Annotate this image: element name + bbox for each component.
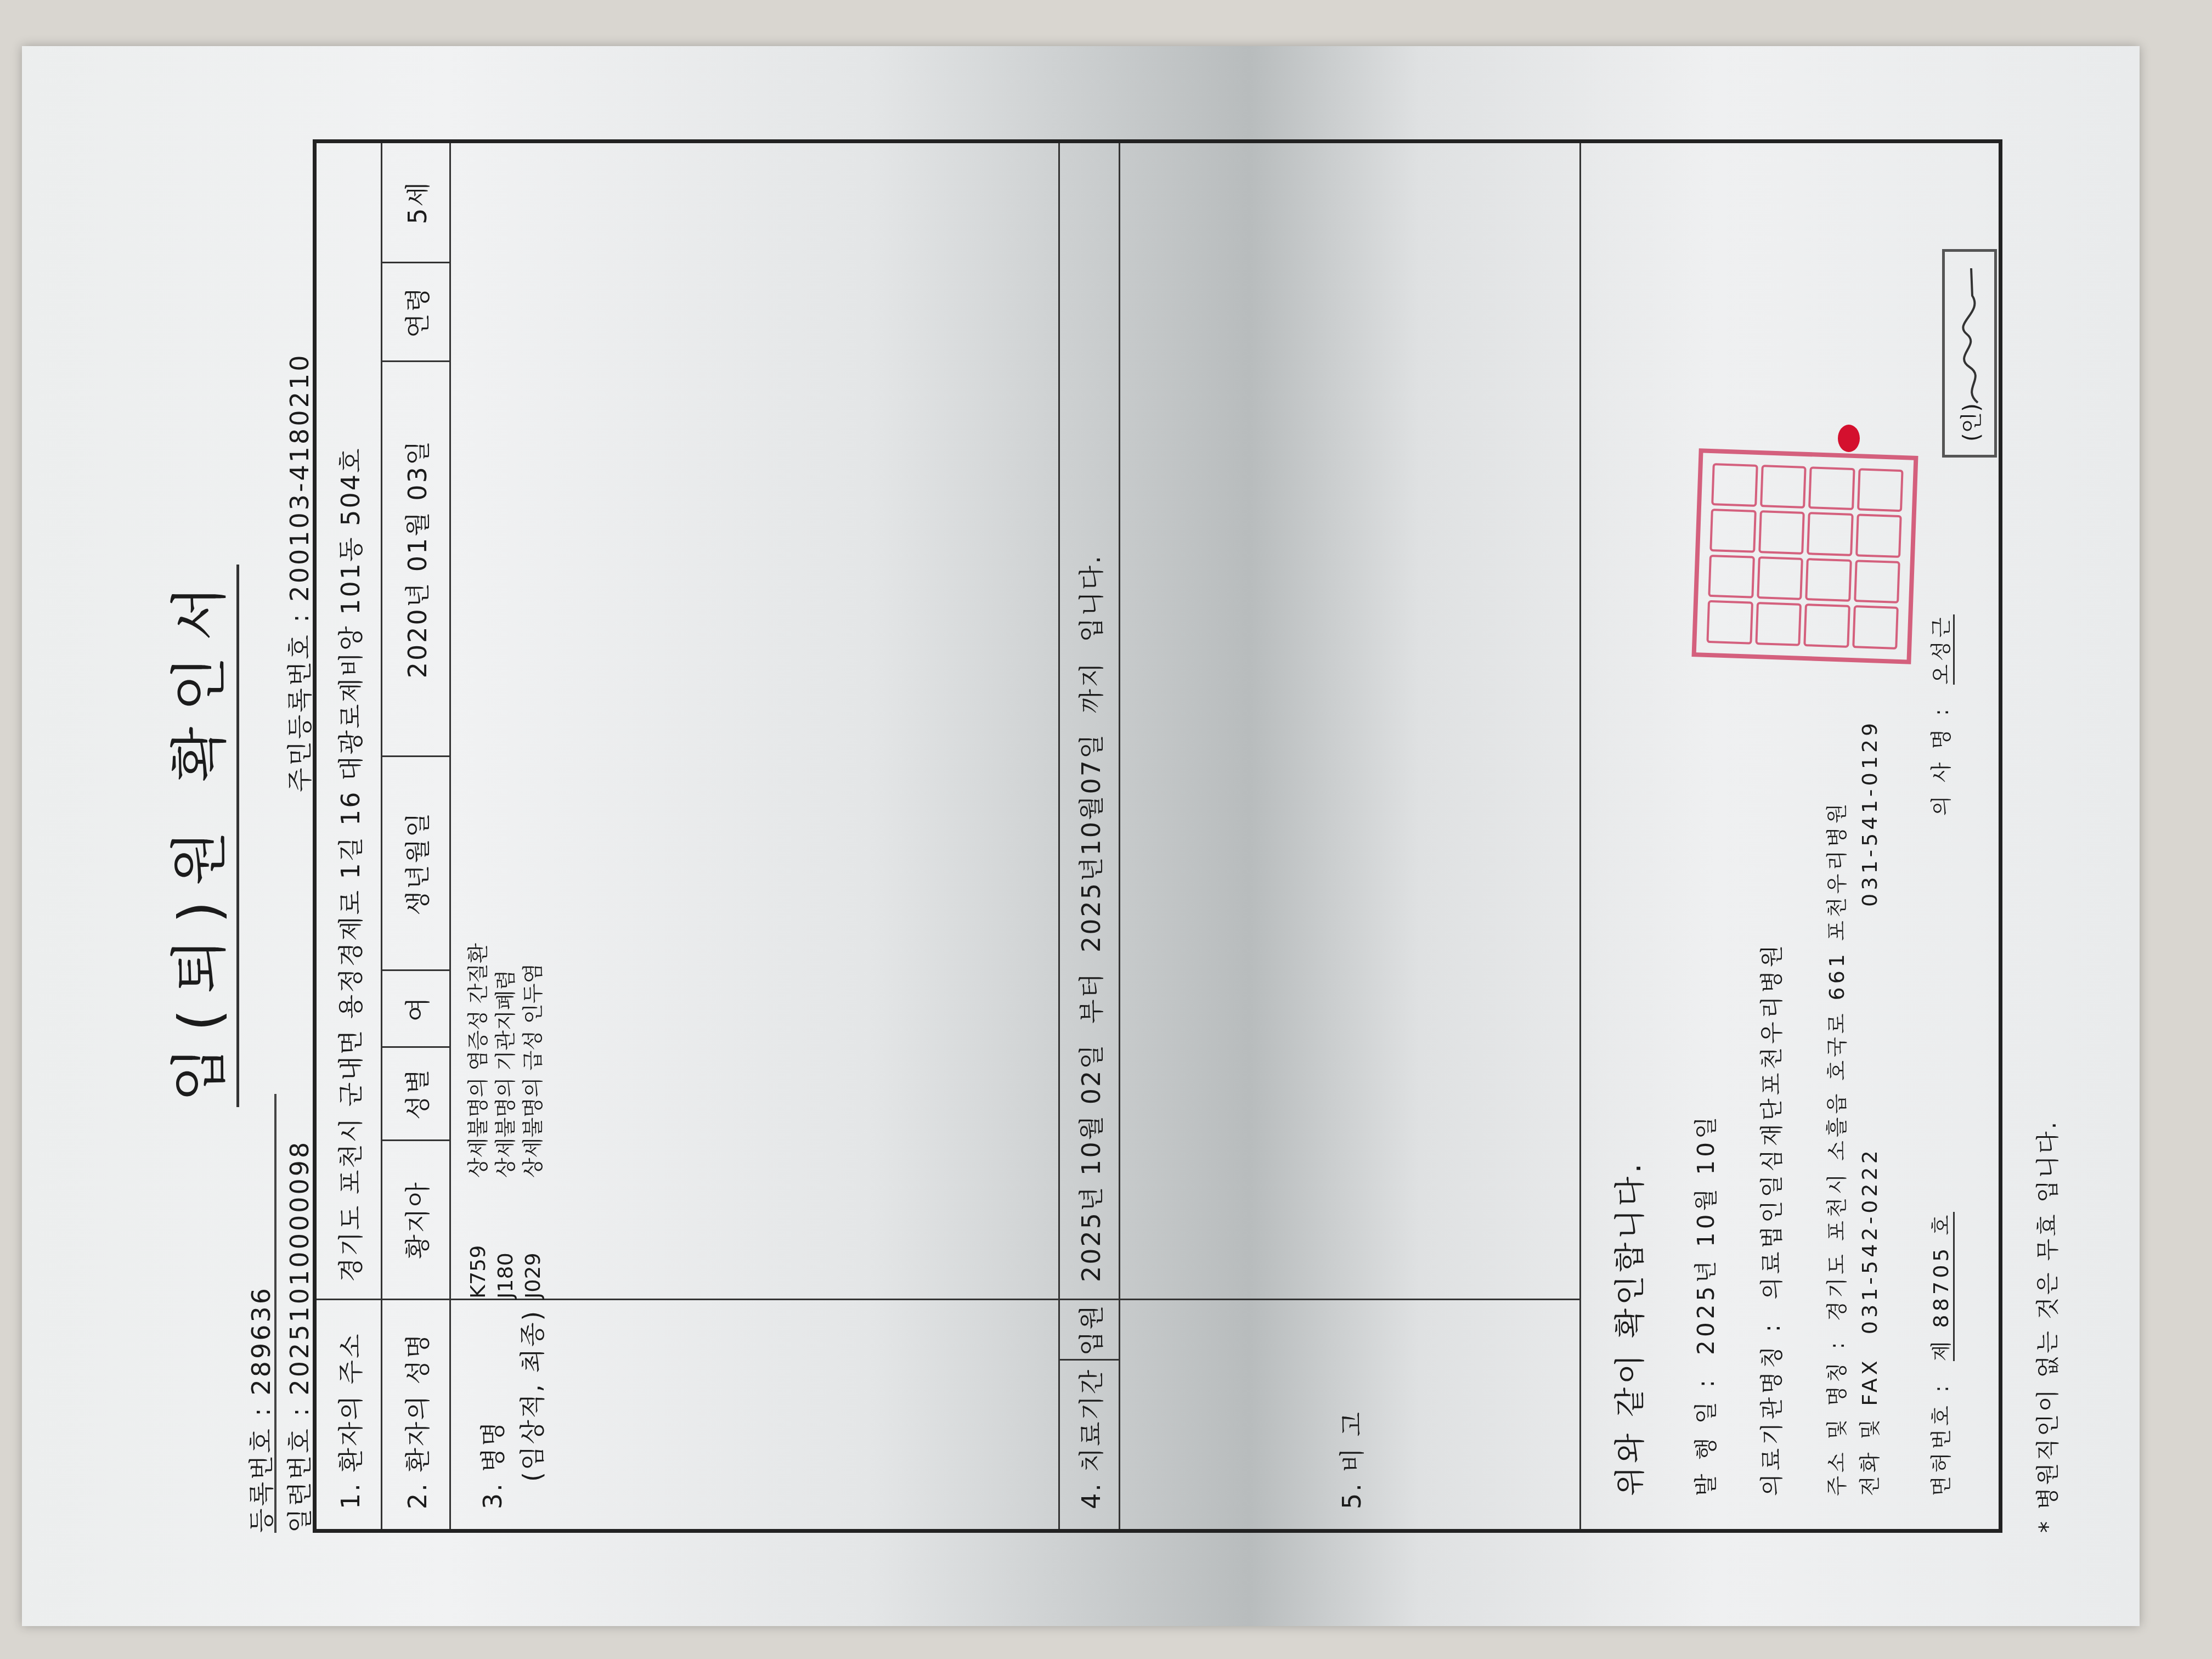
- validity-notice: * 병원직인이 없는 것은 무효 입니다.: [2030, 1120, 2063, 1533]
- issue-date: 발 행 일 : 2025년 10월 10일: [1688, 1114, 1721, 1496]
- diagnosis-name: 상세불명의 염증성 간질환: [464, 943, 492, 1178]
- dob-value: 2020년 01월 03일: [382, 360, 449, 755]
- doctor-label: 의 사 명 :: [1929, 706, 1953, 816]
- row-diagnosis: 3. 병명 (임상적, 최종) K759상세불명의 염증성 간질환 J180상세…: [451, 143, 1060, 1529]
- diagnosis-name: 상세불명의 급성 인두염: [519, 963, 546, 1178]
- age-label: 연령: [382, 262, 449, 360]
- fax-value: 031-541-0129: [1858, 720, 1882, 907]
- divider: [274, 1094, 276, 1533]
- diagnosis-item: J180상세불명의 기관지폐렴: [492, 943, 519, 1299]
- remarks-label: 5. 비 고: [1120, 1299, 1579, 1529]
- resident-no: 주민등록번호 : 200103-4180210: [280, 353, 316, 792]
- diagnosis-name: 상세불명의 기관지폐렴: [492, 970, 519, 1178]
- diagnosis-code: J029: [519, 1178, 546, 1299]
- confirm-statement: 위와 같이 확인합니다.: [1606, 1160, 1650, 1496]
- hospital-address: 주소 및 명칭 : 경기도 포천시 소흘읍 호국로 661 포천우리병원: [1820, 800, 1850, 1496]
- diagnosis-label: 3. 병명: [473, 1420, 509, 1509]
- registration-no-label: 등록번호 :: [246, 1406, 276, 1533]
- resident-no-label: 주민등록번호 :: [285, 612, 314, 792]
- diagnosis-item: J029상세불명의 급성 인두염: [519, 943, 546, 1299]
- hospital-address-label: 주소 및 명칭 :: [1825, 1339, 1849, 1496]
- diagnosis-item: K759상세불명의 염증성 간질환: [464, 943, 492, 1299]
- signature-box: (인): [1942, 249, 1997, 458]
- paper-sheet: 입(퇴)원 확인서 등록번호 : 289636 일련번호 : 202510100…: [22, 46, 2140, 1626]
- phone-fax: 전화 및 FAX 031-542-0222 031-541-0129: [1853, 720, 1883, 1496]
- title-text: 입(퇴)원 확인서: [166, 565, 239, 1108]
- signature-icon: [1956, 263, 1989, 405]
- license-value: 제 88705 호: [1929, 1212, 1955, 1361]
- diagnosis-list: K759상세불명의 염증성 간질환 J180상세불명의 기관지폐렴 J029상세…: [464, 943, 546, 1299]
- institution-value: 의료법인일심재단포천우리병원: [1758, 942, 1785, 1300]
- license-no: 면허번호 : 제 88705 호: [1924, 1212, 1954, 1496]
- registration-no-value: 289636: [246, 1286, 276, 1396]
- row-treatment-period: 4. 치료기간 입원 2025년 10월 02일 부터 2025년10월07일 …: [1060, 143, 1120, 1529]
- age-value: 5세: [382, 143, 449, 262]
- institution-label: 의료기관명칭 :: [1758, 1321, 1785, 1496]
- license-label: 면허번호 :: [1929, 1382, 1953, 1496]
- dob-label: 생년월일: [382, 755, 449, 969]
- issue-date-value: 2025년 10월 10일: [1692, 1114, 1719, 1355]
- info-table: 1. 환자의 주소 경기도 포천시 군내면 용정경제로 1길 16 대광로제비앙…: [313, 139, 2002, 1533]
- ink-mark: [1838, 425, 1860, 452]
- resident-no-value: 200103-4180210: [285, 353, 314, 602]
- issue-date-label: 발 행 일 :: [1692, 1376, 1719, 1496]
- diagnosis-label-cell: 3. 병명 (임상적, 최종): [451, 1299, 1058, 1529]
- diagnosis-sublabel: (임상적, 최종): [512, 1310, 549, 1509]
- treatment-period-value: 2025년 10월 02일 부터 2025년10월07일 까지 입니다.: [1060, 143, 1119, 1299]
- row-address: 1. 환자의 주소 경기도 포천시 군내면 용정경제로 1길 16 대광로제비앙…: [317, 143, 382, 1529]
- remarks-value: [1120, 143, 1579, 1299]
- address-label: 1. 환자의 주소: [317, 1299, 381, 1529]
- doctor-name: 의 사 명 : 오성근: [1924, 614, 1954, 816]
- diagnosis-code: K759: [464, 1178, 492, 1299]
- serial-no: 일련번호 : 20251010000098: [280, 1140, 316, 1533]
- treatment-period-label: 4. 치료기간: [1060, 1359, 1119, 1529]
- patient-name: 황지아: [382, 1139, 449, 1299]
- row-remarks: 5. 비 고: [1120, 143, 1581, 1529]
- treatment-type: 입원: [1060, 1299, 1119, 1359]
- seal-label: (인): [1954, 403, 1985, 442]
- serial-no-label: 일련번호 :: [285, 1406, 314, 1533]
- sex-label: 성별: [382, 1046, 449, 1139]
- hospital-address-value: 경기도 포천시 소흘읍 호국로 661 포천우리병원: [1825, 800, 1849, 1322]
- sex-value: 여: [382, 969, 449, 1046]
- hospital-seal-stamp-icon: [1691, 448, 1918, 664]
- phone-value: 031-542-0222: [1858, 1147, 1882, 1334]
- phone-fax-label: 전화 및 FAX: [1858, 1357, 1882, 1496]
- patient-name-label: 2. 환자의 성명: [382, 1299, 449, 1529]
- address-value: 경기도 포천시 군내면 용정경제로 1길 16 대광로제비앙 101동 504호: [317, 143, 381, 1299]
- diagnosis-code: J180: [492, 1178, 519, 1299]
- row-patient: 2. 환자의 성명 황지아 성별 여 생년월일 2020년 01월 03일 연령…: [382, 143, 451, 1529]
- document-page: 입(퇴)원 확인서 등록번호 : 289636 일련번호 : 202510100…: [0, 0, 2212, 1659]
- registration-no: 등록번호 : 289636: [241, 1286, 278, 1533]
- institution: 의료기관명칭 : 의료법인일심재단포천우리병원: [1754, 942, 1787, 1496]
- document-title: 입(퇴)원 확인서: [154, 46, 236, 1626]
- doctor-value: 오성근: [1929, 614, 1955, 685]
- serial-no-value: 20251010000098: [285, 1140, 314, 1396]
